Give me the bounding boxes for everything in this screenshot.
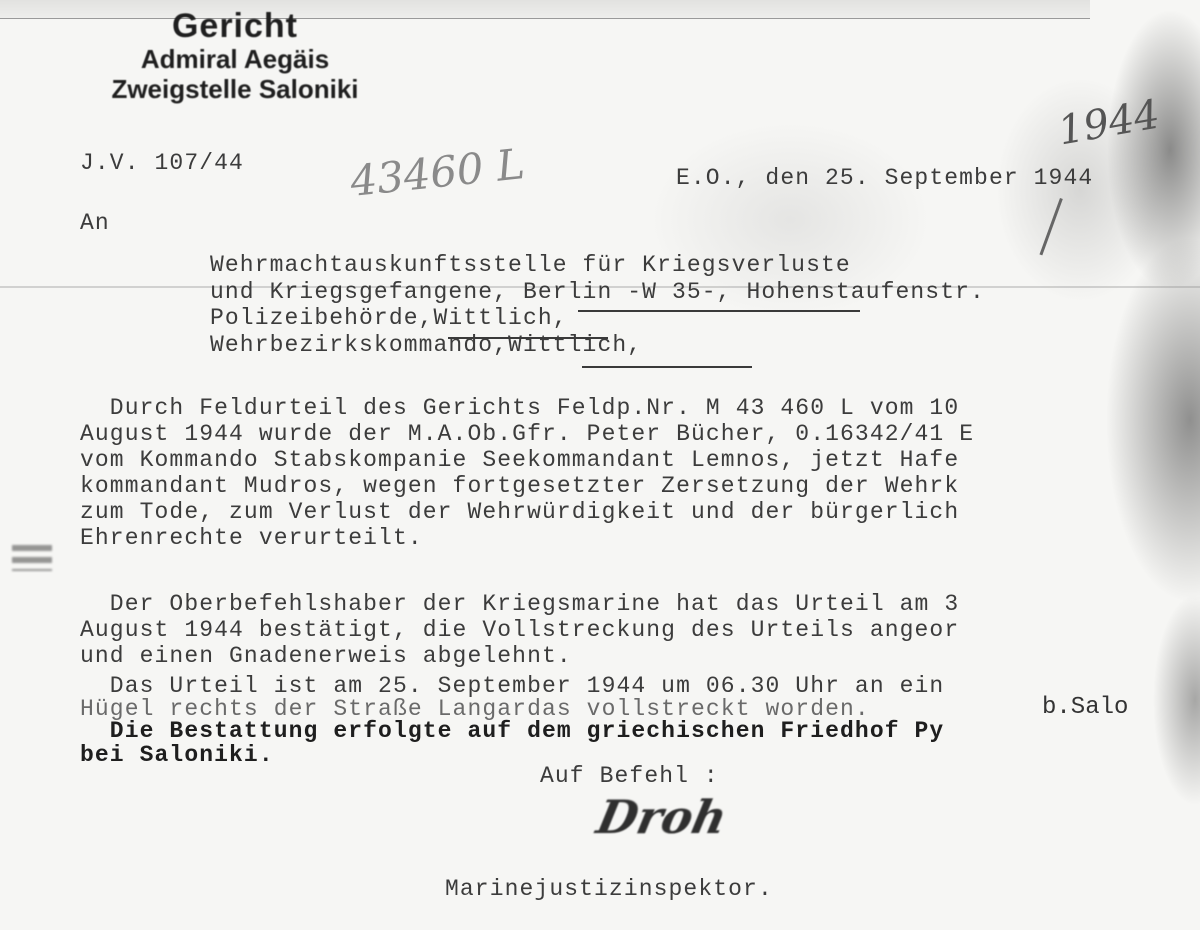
stamp-line-2: Admiral Aegäis (70, 44, 400, 74)
salutation: An (80, 210, 110, 236)
body-line: bei Saloniki. (80, 742, 274, 768)
underline-wittlich-2 (582, 366, 752, 368)
signatory-title: Marinejustizinspektor. (445, 876, 773, 902)
inserted-text: b.Salo (1042, 694, 1128, 721)
place-date: E.O., den 25. September 1944 (676, 165, 1093, 191)
body-line: Der Oberbefehlshaber der Kriegsmarine ha… (80, 591, 959, 617)
body-line: Durch Feldurteil des Gerichts Feldp.Nr. … (80, 395, 959, 421)
addressee-line: und Kriegsgefangene, Berlin -W 35-, Hohe… (210, 279, 985, 305)
handwritten-year: 1944 (1055, 92, 1163, 155)
body-line: August 1944 wurde der M.A.Ob.Gfr. Peter … (80, 421, 974, 447)
stamp-line-3: Zweigstelle Saloniki (70, 74, 400, 104)
order-line: Auf Befehl : (540, 763, 719, 789)
document-page: Gericht Admiral Aegäis Zweigstelle Salon… (0, 0, 1200, 930)
signature: Droh (592, 790, 732, 844)
body-line: Die Bestattung erfolgte auf dem griechis… (80, 718, 944, 744)
underline-wittlich-1 (448, 337, 608, 339)
court-stamp: Gericht Admiral Aegäis Zweigstelle Salon… (70, 8, 400, 104)
reference-number: J.V. 107/44 (80, 150, 244, 176)
handwritten-reference: 43460 L (348, 139, 527, 206)
ink-smudge (12, 545, 52, 571)
body-line: zum Tode, zum Verlust der Wehrwürdigkeit… (80, 499, 959, 525)
underline-berlin (578, 310, 860, 312)
addressee-line: Wehrmachtauskunftsstelle für Kriegsverlu… (210, 252, 851, 278)
body-line: und einen Gnadenerweis abgelehnt. (80, 643, 572, 669)
addressee-line: Wehrbezirkskommando,Wittlich, (210, 332, 642, 358)
pencil-mark (1039, 198, 1062, 255)
body-line: August 1944 bestätigt, die Vollstreckung… (80, 617, 959, 643)
body-line: Ehrenrechte verurteilt. (80, 525, 423, 551)
stamp-line-1: Gericht (70, 8, 400, 44)
body-line: kommandant Mudros, wegen fortgesetzter Z… (80, 473, 959, 499)
addressee-line: Polizeibehörde,Wittlich, (210, 305, 568, 331)
body-line: vom Kommando Stabskompanie Seekommandant… (80, 447, 959, 473)
